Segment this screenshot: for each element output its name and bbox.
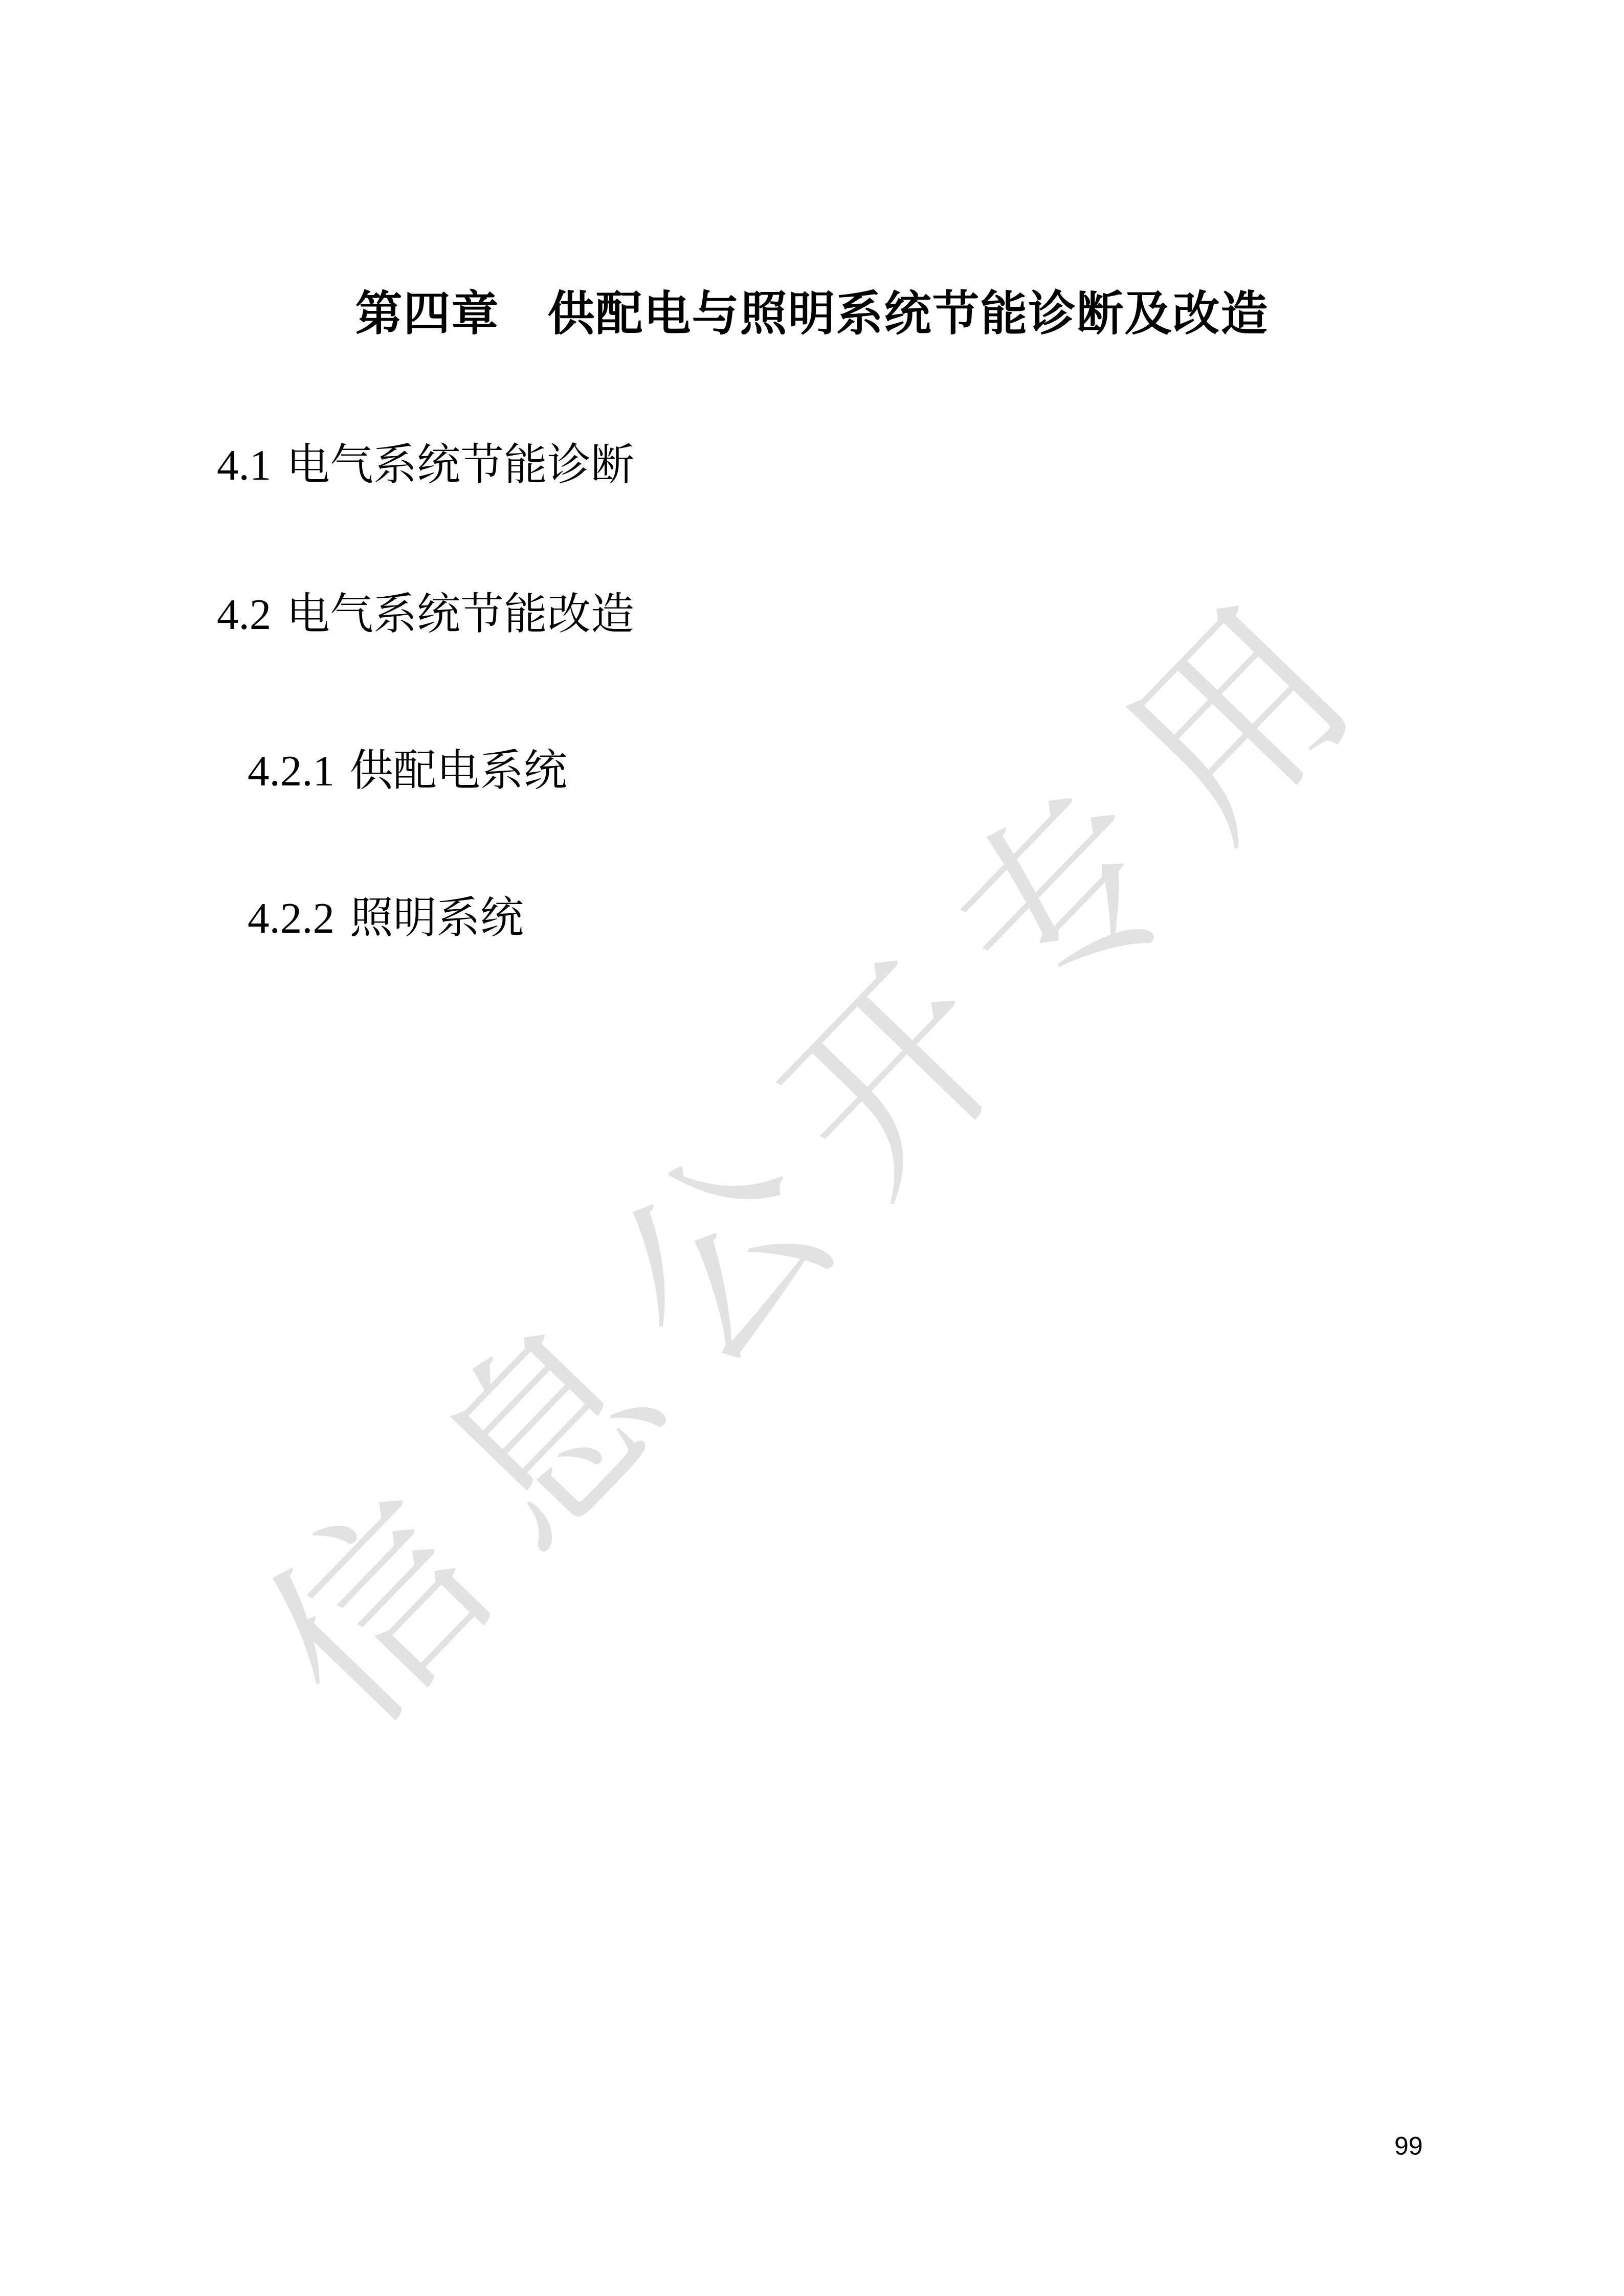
section-label: 电气系统节能改造 [286, 591, 634, 639]
section-number: 4.2.1 [248, 747, 335, 795]
section-label: 供配电系统 [350, 747, 567, 795]
section-heading-4-1: 4.1电气系统节能诊断 [217, 444, 634, 487]
page-number: 99 [1394, 2133, 1423, 2159]
section-heading-4-2-2: 4.2.2照明系统 [248, 897, 524, 940]
chapter-title: 第四章 供配电与照明系统节能诊断及改造 [0, 290, 1624, 337]
document-page: 信息公开专用 第四章 供配电与照明系统节能诊断及改造 4.1电气系统节能诊断 4… [0, 0, 1624, 2296]
section-heading-4-2: 4.2电气系统节能改造 [217, 593, 634, 637]
section-number: 4.2.2 [248, 894, 335, 942]
section-label: 照明系统 [350, 894, 524, 942]
section-heading-4-2-1: 4.2.1供配电系统 [248, 750, 567, 793]
diagonal-watermark: 信息公开专用 [236, 548, 1415, 1759]
section-number: 4.1 [217, 441, 271, 489]
section-number: 4.2 [217, 591, 271, 639]
section-label: 电气系统节能诊断 [286, 441, 634, 489]
